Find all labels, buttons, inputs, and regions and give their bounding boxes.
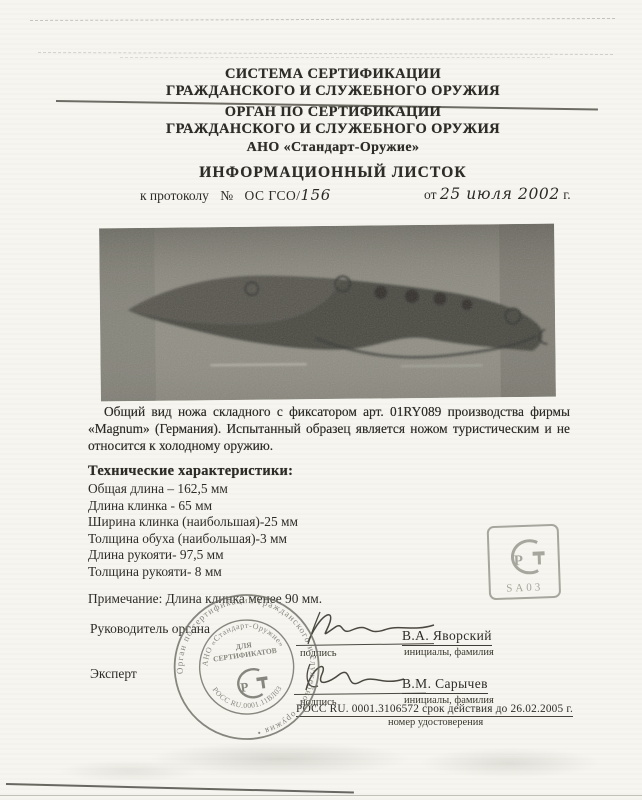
scan-noise-line bbox=[38, 52, 613, 55]
scan-page-edge-line bbox=[0, 795, 642, 796]
spec-handle-length: Длина рукояти- 97,5 мм bbox=[88, 547, 298, 564]
description-paragraph: Общий вид ножа складного с фиксатором ар… bbox=[88, 404, 570, 454]
scan-smudge bbox=[420, 748, 600, 778]
stamp-rst-letter-r: Р bbox=[239, 679, 249, 695]
knife-photo-image bbox=[99, 224, 556, 402]
expert-role-label: Эксперт bbox=[90, 666, 137, 682]
stamp-rst-logo: Р bbox=[236, 667, 269, 699]
spec-blade-length: Длина клинка - 65 мм bbox=[88, 498, 298, 515]
specs-list: Общая длина – 162,5 мм Длина клинка - 65… bbox=[88, 481, 298, 580]
certificate-number-line: РОСС RU. 0001.3106572 срок действия до 2… bbox=[296, 703, 573, 717]
knife-photo bbox=[99, 224, 556, 402]
expert-name: В.М. Сарычев bbox=[402, 676, 488, 694]
specs-heading: Технические характеристики: bbox=[88, 463, 293, 480]
head-name: В.А. Яворский bbox=[402, 628, 492, 646]
scan-noise-line bbox=[30, 18, 615, 21]
rst-letter-r: Р bbox=[514, 553, 524, 569]
cert-system-line-1: СИСТЕМА СЕРТИФИКАЦИИ bbox=[26, 66, 640, 83]
round-stamp: Орган по сертификации гражданского и слу… bbox=[162, 582, 332, 756]
svg-text:Орган по сертификации гражданс: Орган по сертификации гражданского и слу… bbox=[165, 586, 328, 749]
scan-smudge bbox=[60, 760, 200, 782]
scan-noise-line bbox=[120, 57, 550, 58]
protocol-label: к протоколу bbox=[140, 188, 209, 203]
protocol-number-typed: ОС ГСО/ bbox=[245, 188, 301, 203]
spec-spine-thickness: Толщина обуха (наибольшая)-3 мм bbox=[88, 531, 298, 548]
protocol-no-sign: № bbox=[220, 188, 233, 203]
rst-conformity-mark-icon: Р SA03 bbox=[485, 522, 564, 605]
cert-body-org: АНО «Стандарт-Оружие» bbox=[26, 139, 640, 156]
protocol-line: к протоколу № ОС ГСО/156 bbox=[140, 186, 331, 204]
protocol-date-handwritten: 25 июля 2002 bbox=[440, 185, 560, 203]
scan-page-edge-line bbox=[6, 783, 354, 794]
protocol-date-label: от bbox=[424, 187, 436, 202]
photo-grain bbox=[99, 224, 556, 402]
protocol-date-suffix: г. bbox=[563, 187, 570, 202]
cert-body-line-2: ГРАЖДАНСКОГО И СЛУЖЕБНОГО ОРУЖИЯ bbox=[26, 121, 640, 138]
rst-letter-t-flag bbox=[533, 551, 545, 564]
spec-handle-thickness: Толщина рукояти- 8 мм bbox=[88, 564, 298, 581]
spec-overall-length: Общая длина – 162,5 мм bbox=[88, 481, 298, 498]
stamp-outer-ring bbox=[165, 586, 328, 749]
certificate-number-caption: номер удостоверения bbox=[388, 717, 483, 728]
document-title: ИНФОРМАЦИОННЫЙ ЛИСТОК bbox=[26, 164, 640, 182]
cert-system-line-2: ГРАЖДАНСКОГО И СЛУЖЕБНОГО ОРУЖИЯ bbox=[26, 83, 640, 100]
cert-body-line-1: ОРГАН ПО СЕРТИФИКАЦИИ bbox=[26, 104, 640, 121]
stamp-rst-letter-t-flag bbox=[256, 676, 268, 689]
square-stamp-code: SA03 bbox=[506, 581, 543, 594]
square-stamp: Р SA03 bbox=[485, 522, 564, 610]
protocol-date: от 25 июля 2002 г. bbox=[424, 185, 571, 203]
scanned-certificate-page: СИСТЕМА СЕРТИФИКАЦИИ ГРАЖДАНСКОГО И СЛУЖ… bbox=[0, 0, 642, 800]
stamp-outer-text: Орган по сертификации гражданского и слу… bbox=[165, 586, 328, 749]
round-stamp-image: Орган по сертификации гражданского и слу… bbox=[162, 582, 331, 751]
spec-blade-width: Ширина клинка (наибольшая)-25 мм bbox=[88, 514, 298, 531]
protocol-number-handwritten: 156 bbox=[300, 186, 330, 204]
